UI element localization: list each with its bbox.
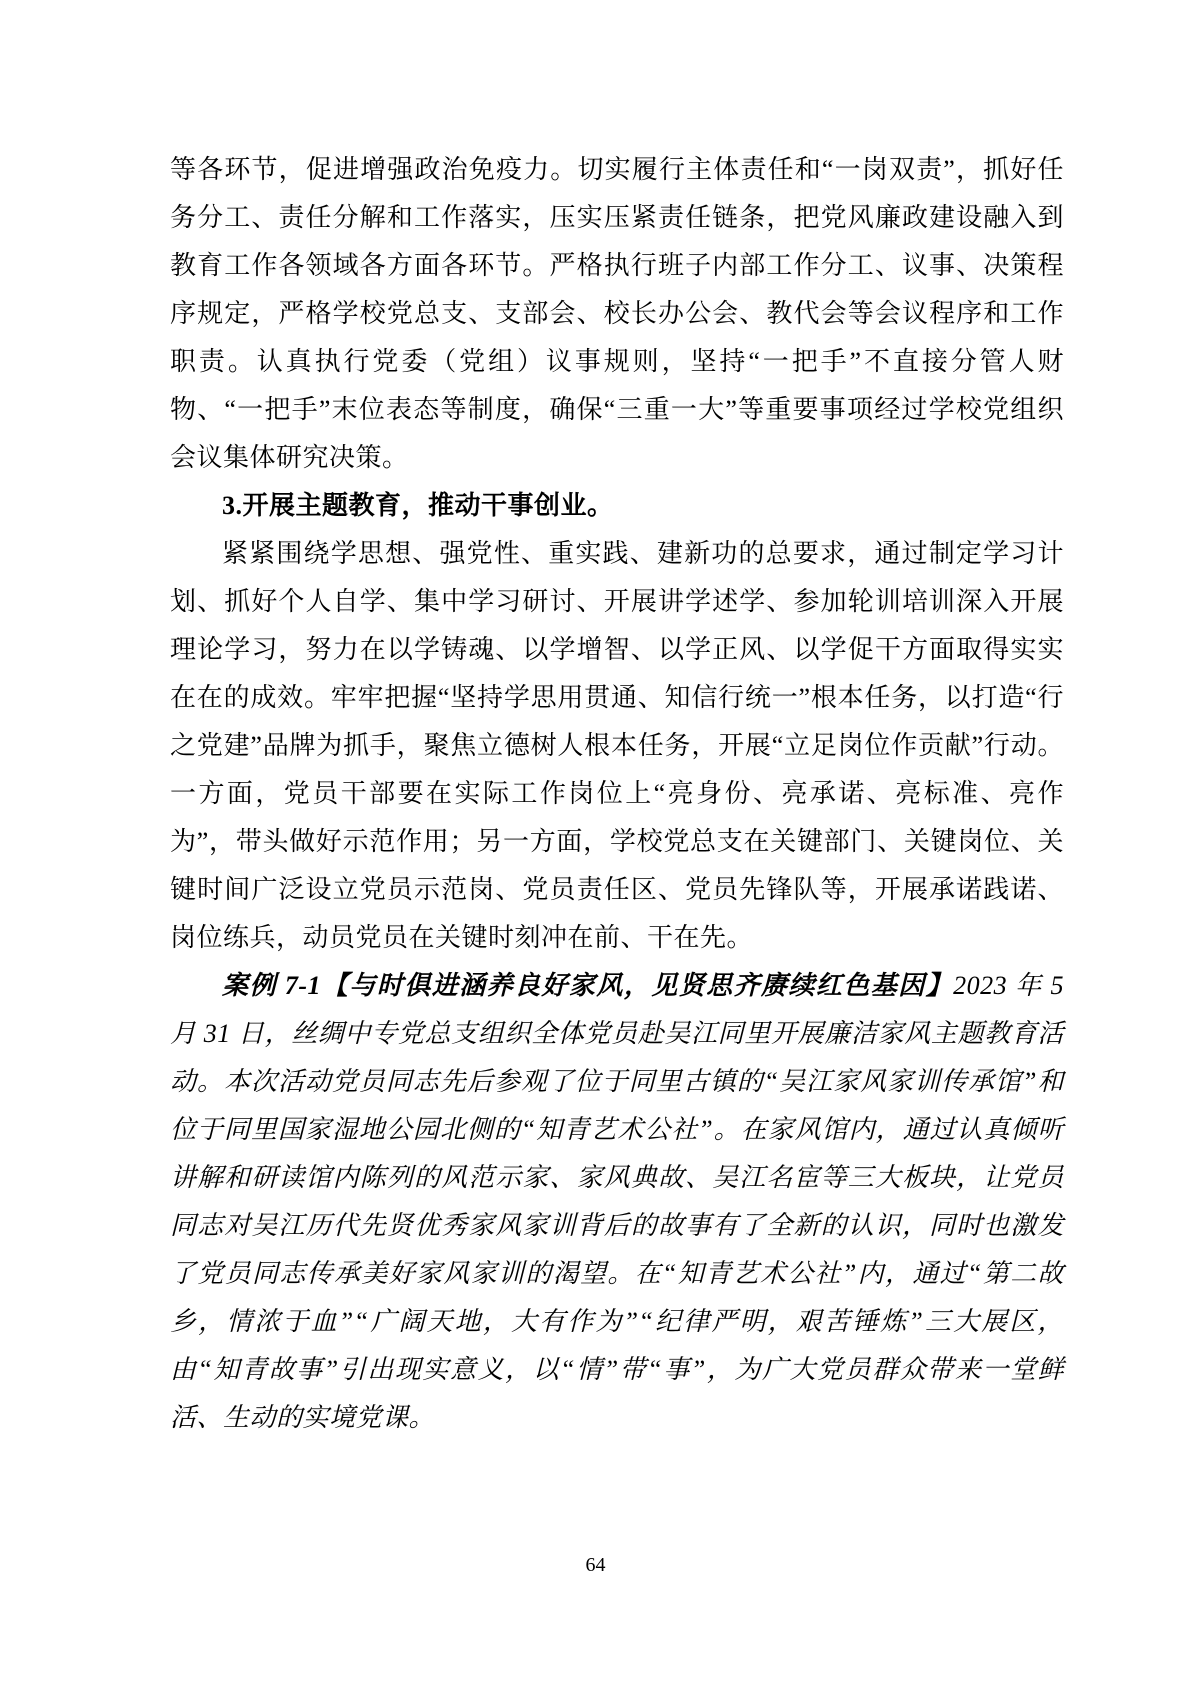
page-number: 64 [0, 1552, 1191, 1578]
document-page: 等各环节，促进增强政治免疫力。切实履行主体责任和“一岗双责”，抓好任务分工、责任… [0, 0, 1191, 1684]
paragraph-theme-education: 紧紧围绕学思想、强党性、重实践、建新功的总要求，通过制定学习计划、抓好个人自学、… [170, 530, 1064, 962]
case-study-body: 2023 年 5 月 31 日，丝绸中专党总支组织全体党员赴吴江同里开展廉洁家风… [170, 971, 1064, 1432]
page-content: 等各环节，促进增强政治免疫力。切实履行主体责任和“一岗双责”，抓好任务分工、责任… [170, 146, 1064, 1442]
case-study-title: 案例 7-1【与时俱进涵养良好家风，见贤思齐赓续红色基因】 [222, 971, 953, 1000]
continued-paragraph-discipline: 等各环节，促进增强政治免疫力。切实履行主体责任和“一岗双责”，抓好任务分工、责任… [170, 146, 1064, 482]
subsection-heading-theme-education: 3.开展主题教育，推动干事创业。 [170, 482, 1064, 530]
case-study-paragraph: 案例 7-1【与时俱进涵养良好家风，见贤思齐赓续红色基因】2023 年 5 月 … [170, 962, 1064, 1442]
